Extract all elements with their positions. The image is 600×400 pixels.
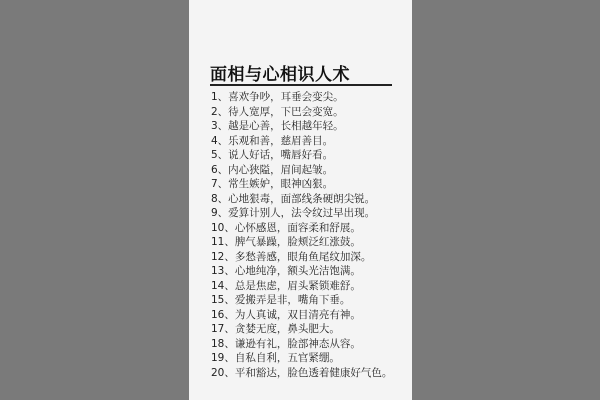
list-item: 19、自私自利，五官紧绷。	[211, 351, 392, 366]
list-item: 17、贪婪无度，鼻头肥大。	[211, 322, 392, 337]
list-item: 1、喜欢争吵，耳垂会变尖。	[211, 90, 392, 105]
list-item: 20、平和豁达，脸色透着健康好气色。	[211, 366, 392, 381]
list-item: 15、爱搬弄是非，嘴角下垂。	[211, 293, 392, 308]
list-item: 14、总是焦虑，眉头紧锁难舒。	[211, 279, 392, 294]
list-item: 12、多愁善感，眼角鱼尾纹加深。	[211, 250, 392, 265]
list-item: 18、谦逊有礼，脸部神态从容。	[211, 337, 392, 352]
list-item: 11、脾气暴躁，脸颊泛红涨鼓。	[211, 235, 392, 250]
page-title: 面相与心相识人术	[210, 60, 350, 85]
list-item: 7、常生嫉妒，眼神凶狠。	[211, 177, 392, 192]
list-item: 10、心怀感恩，面容柔和舒展。	[211, 221, 392, 236]
document-panel: 面相与心相识人术 1、喜欢争吵，耳垂会变尖。 2、待人宽厚，下巴会变宽。 3、越…	[189, 0, 412, 400]
list-item: 2、待人宽厚，下巴会变宽。	[211, 105, 392, 120]
list-item: 8、心地狠毒，面部线条硬朗尖锐。	[211, 192, 392, 207]
list-item: 5、说人好话，嘴唇好看。	[211, 148, 392, 163]
list-item: 16、为人真诚，双目清亮有神。	[211, 308, 392, 323]
tips-list: 1、喜欢争吵，耳垂会变尖。 2、待人宽厚，下巴会变宽。 3、越是心善，长相越年轻…	[211, 90, 392, 380]
list-item: 13、心地纯净，额头光洁饱满。	[211, 264, 392, 279]
list-item: 4、乐观和善，慈眉善目。	[211, 134, 392, 149]
title-divider	[210, 84, 392, 86]
list-item: 3、越是心善，长相越年轻。	[211, 119, 392, 134]
list-item: 9、爱算计别人，法令纹过早出现。	[211, 206, 392, 221]
list-item: 6、内心狭隘，眉间起皱。	[211, 163, 392, 178]
